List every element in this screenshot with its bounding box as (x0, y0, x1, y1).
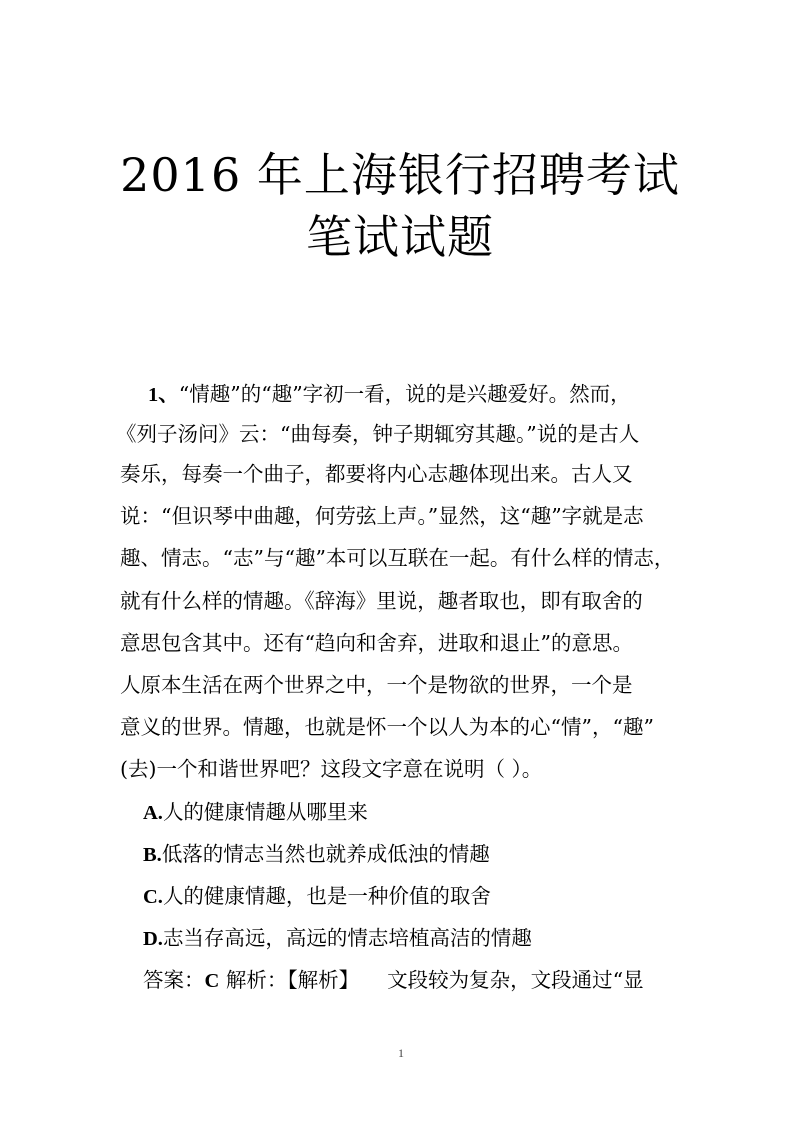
question-line-2: 《列子汤问》云：“曲每奏，钟子期辄穷其趣。”说的是古人 (116, 420, 639, 448)
document-title-line-2: 笔试试题 (0, 207, 800, 267)
question-line-5: 趣、情志。“志”与“趣”本可以互联在一起。有什么样的情志， (120, 544, 674, 572)
analysis-label: 解析：【解析】 (226, 968, 359, 992)
question-text: “情趣”的“趣”字初一看，说的是兴趣爱好。然而， (179, 382, 631, 406)
option-c-text: 人的健康情趣，也是一种价值的取舍 (163, 884, 491, 908)
answer-label: 答案： (143, 968, 205, 992)
option-c-letter: C. (143, 886, 163, 908)
answer-line: 答案：C 解析：【解析】文段较为复杂，文段通过“显 (143, 966, 644, 995)
question-line-3: 奏乐，每奏一个曲子，都要将内心志趣体现出来。古人又 (120, 460, 633, 488)
option-a-letter: A. (143, 802, 163, 824)
answer-value: C (205, 970, 220, 992)
question-line-1: 1、“情趣”的“趣”字初一看，说的是兴趣爱好。然而， (148, 380, 631, 409)
option-b-letter: B. (143, 844, 162, 866)
question-number: 1、 (148, 384, 179, 406)
option-b: B.低落的情志当然也就养成低浊的情趣 (143, 840, 490, 869)
option-b-text: 低落的情志当然也就养成低浊的情趣 (162, 842, 490, 866)
option-d-letter: D. (143, 928, 163, 950)
option-d: D.志当存高远，高远的情志培植高洁的情趣 (143, 924, 532, 953)
question-line-8: 人原本生活在两个世界之中，一个是物欲的世界，一个是 (120, 671, 633, 699)
page-number: 1 (395, 1046, 407, 1061)
document-page: 2016 年上海银行招聘考试 笔试试题 1、“情趣”的“趣”字初一看，说的是兴趣… (0, 0, 800, 1132)
option-a: A.人的健康情趣从哪里来 (143, 798, 368, 827)
question-line-7: 意思包含其中。还有“趋向和舍弃，进取和退止”的意思。 (120, 629, 633, 657)
option-d-text: 志当存高远，高远的情志培植高洁的情趣 (163, 926, 532, 950)
document-title-line-1: 2016 年上海银行招聘考试 (0, 145, 800, 205)
question-line-4: 说：“但识琴中曲趣，何劳弦上声。”显然，这“趣”字就是志 (120, 502, 644, 530)
analysis-text: 文段较为复杂，文段通过“显 (387, 968, 643, 992)
question-line-10: (去)一个和谐世界吧？这段文字意在说明（ ）。 (120, 755, 542, 783)
option-c: C.人的健康情趣，也是一种价值的取舍 (143, 882, 491, 911)
option-a-text: 人的健康情趣从哪里来 (163, 800, 368, 824)
question-line-6: 就有什么样的情趣。《辞海》里说，趣者取也，即有取舍的 (120, 587, 643, 615)
question-line-9: 意义的世界。情趣，也就是怀一个以人为本的心“情”，“趣” (120, 713, 654, 741)
